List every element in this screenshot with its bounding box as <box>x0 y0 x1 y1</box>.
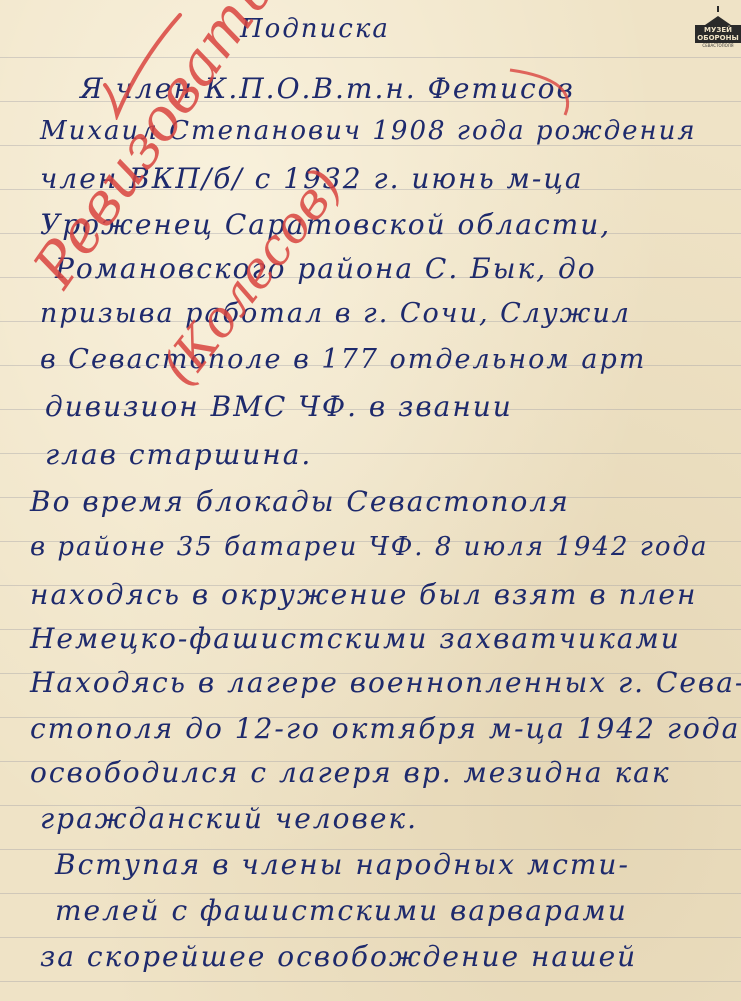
text-line-18: Вступая в члены народных мсти- <box>55 848 630 881</box>
text-line-12: находясь в окружение был взят в плен <box>30 578 697 611</box>
logo-text: МУЗЕЙ ОБОРОНЫ <box>695 25 740 43</box>
logo-line-3: СЕВАСТОПОЛЯ <box>702 43 733 48</box>
text-line-20: за скорейшее освобождение нашей <box>40 940 637 973</box>
text-line-11: в районе 35 батареи ЧФ. 8 июля 1942 года <box>30 532 709 562</box>
museum-logo: МУЗЕЙ ОБОРОНЫ СЕВАСТОПОЛЯ <box>701 6 735 48</box>
text-line-14: Находясь в лагере военнопленных г. Сева- <box>30 666 741 699</box>
logo-line-1: МУЗЕЙ <box>697 26 738 34</box>
text-line-16: освободился с лагеря вр. мезидна как <box>30 756 671 789</box>
museum-dome-icon <box>717 6 719 12</box>
logo-line-2: ОБОРОНЫ <box>697 34 738 42</box>
text-line-17: гражданский человек. <box>40 802 418 835</box>
text-line-10: Во время блокады Севастополя <box>30 485 570 518</box>
text-line-15: стополя до 12-го октября м-ца 1942 года <box>30 712 740 745</box>
text-line-13: Немецко-фашистскими захватчиками <box>30 622 681 655</box>
text-line-9: глав старшина. <box>45 438 312 471</box>
text-line-19: телей с фашистскими варварами <box>55 894 628 927</box>
museum-dome-shape <box>705 16 731 25</box>
